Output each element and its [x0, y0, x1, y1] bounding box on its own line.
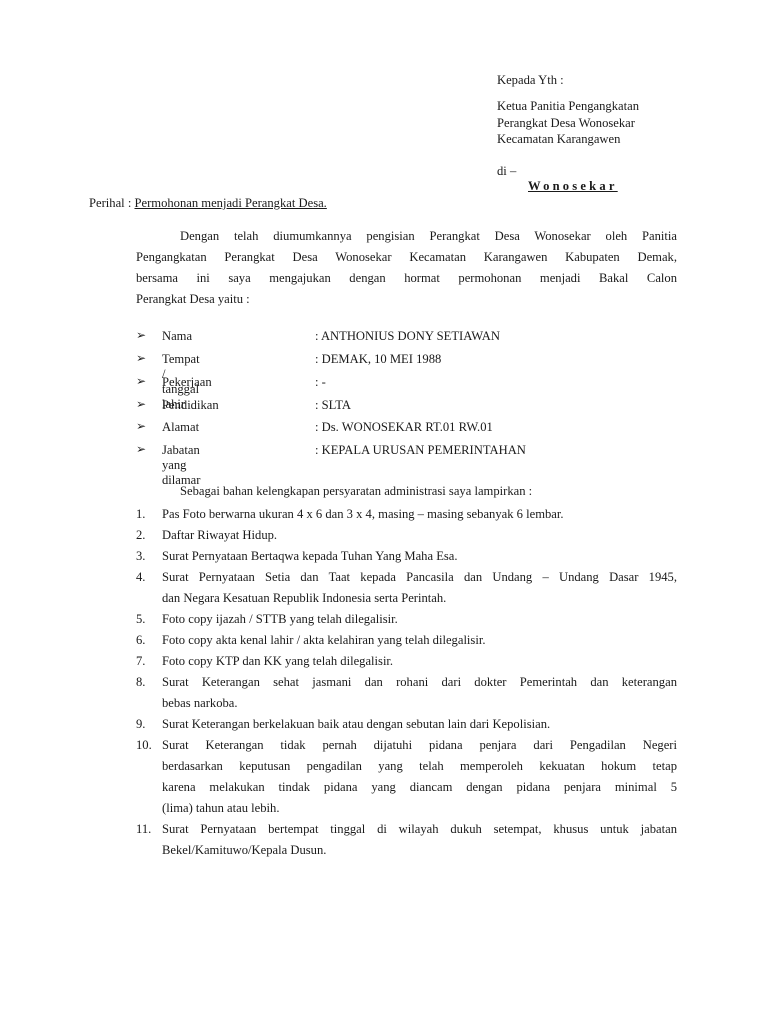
opening-paragraph: Dengan telah diumumkannya pengisian Pera…	[136, 226, 677, 310]
item-text: Surat Keterangan tidak pernah dijatuhi p…	[162, 738, 677, 822]
subject-line: Perihal : Permohonan menjadi Perangkat D…	[89, 196, 327, 211]
subject-text: Permohonan menjadi Perangkat Desa.	[134, 196, 326, 210]
item-line: Foto copy akta kenal lahir / akta kelahi…	[162, 633, 677, 654]
arrow-bullet-icon: ➢	[136, 397, 146, 412]
address-place: Wonosekar	[528, 179, 618, 194]
address-greeting: Kepada Yth :	[497, 73, 564, 88]
item-line: Foto copy KTP dan KK yang telah dilegali…	[162, 654, 677, 675]
arrow-bullet-icon: ➢	[136, 374, 146, 389]
field-label: Pekerjaan	[162, 375, 212, 390]
item-line: Surat Pernyataan Bertaqwa kepada Tuhan Y…	[162, 549, 677, 570]
item-number: 7.	[136, 654, 145, 669]
item-text: Foto copy akta kenal lahir / akta kelahi…	[162, 633, 677, 654]
item-number: 3.	[136, 549, 145, 564]
paragraph-line: bersama ini saya mengajukan dengan horma…	[136, 268, 677, 289]
arrow-bullet-icon: ➢	[136, 328, 146, 343]
paragraph-line: Pengangkatan Perangkat Desa Wonosekar Ke…	[136, 247, 677, 268]
item-line: (lima) tahun atau lebih.	[162, 801, 677, 822]
field-value: : DEMAK, 10 MEI 1988	[315, 352, 441, 367]
field-label: Pendidikan	[162, 398, 219, 413]
arrow-bullet-icon: ➢	[136, 442, 146, 457]
item-line: karena melakukan tindak pidana yang dian…	[162, 780, 677, 801]
item-text: Foto copy KTP dan KK yang telah dilegali…	[162, 654, 677, 675]
item-line: Surat Pernyataan Setia dan Taat kepada P…	[162, 570, 677, 591]
subject-label: Perihal :	[89, 196, 131, 210]
field-label: Jabatan yang dilamar	[162, 443, 200, 488]
attachments-intro: Sebagai bahan kelengkapan persyaratan ad…	[180, 484, 532, 499]
item-number: 6.	[136, 633, 145, 648]
recipient-line: Perangkat Desa Wonosekar	[497, 116, 635, 131]
item-number: 5.	[136, 612, 145, 627]
item-line: Surat Keterangan berkelakuan baik atau d…	[162, 717, 677, 738]
item-text: Surat Pernyataan bertempat tinggal di wi…	[162, 822, 677, 864]
arrow-bullet-icon: ➢	[136, 351, 146, 366]
field-value: : ANTHONIUS DONY SETIAWAN	[315, 329, 500, 344]
item-line: berdasarkan keputusan pengadilan yang te…	[162, 759, 677, 780]
item-text: Surat Pernyataan Bertaqwa kepada Tuhan Y…	[162, 549, 677, 570]
recipient-line: Kecamatan Karangawen	[497, 132, 620, 147]
item-line: Surat Keterangan tidak pernah dijatuhi p…	[162, 738, 677, 759]
recipient-line: Ketua Panitia Pengangkatan	[497, 99, 639, 114]
item-text: Foto copy ijazah / STTB yang telah dileg…	[162, 612, 677, 633]
field-value: : SLTA	[315, 398, 351, 413]
item-text: Surat Keterangan sehat jasmani dan rohan…	[162, 675, 677, 717]
item-text: Daftar Riwayat Hidup.	[162, 528, 677, 549]
item-number: 2.	[136, 528, 145, 543]
item-number: 4.	[136, 570, 145, 585]
field-value: : KEPALA URUSAN PEMERINTAHAN	[315, 443, 526, 458]
item-number: 10.	[136, 738, 152, 753]
item-line: Bekel/Kamituwo/Kepala Dusun.	[162, 843, 677, 864]
item-text: Pas Foto berwarna ukuran 4 x 6 dan 3 x 4…	[162, 507, 677, 528]
item-line: Daftar Riwayat Hidup.	[162, 528, 677, 549]
address-di: di –	[497, 164, 516, 179]
item-line: Foto copy ijazah / STTB yang telah dileg…	[162, 612, 677, 633]
field-value: : Ds. WONOSEKAR RT.01 RW.01	[315, 420, 493, 435]
field-label: Alamat	[162, 420, 199, 435]
item-number: 9.	[136, 717, 145, 732]
item-number: 11.	[136, 822, 151, 837]
item-line: bebas narkoba.	[162, 696, 677, 717]
item-number: 1.	[136, 507, 145, 522]
item-line: Surat Keterangan sehat jasmani dan rohan…	[162, 675, 677, 696]
item-text: Surat Pernyataan Setia dan Taat kepada P…	[162, 570, 677, 612]
item-line: Pas Foto berwarna ukuran 4 x 6 dan 3 x 4…	[162, 507, 677, 528]
paragraph-line: Perangkat Desa yaitu :	[136, 289, 677, 310]
item-number: 8.	[136, 675, 145, 690]
field-value: : -	[315, 375, 326, 390]
field-label: Nama	[162, 329, 192, 344]
item-line: dan Negara Kesatuan Republik Indonesia s…	[162, 591, 677, 612]
paragraph-line: Dengan telah diumumkannya pengisian Pera…	[136, 226, 677, 247]
item-text: Surat Keterangan berkelakuan baik atau d…	[162, 717, 677, 738]
item-line: Surat Pernyataan bertempat tinggal di wi…	[162, 822, 677, 843]
arrow-bullet-icon: ➢	[136, 419, 146, 434]
